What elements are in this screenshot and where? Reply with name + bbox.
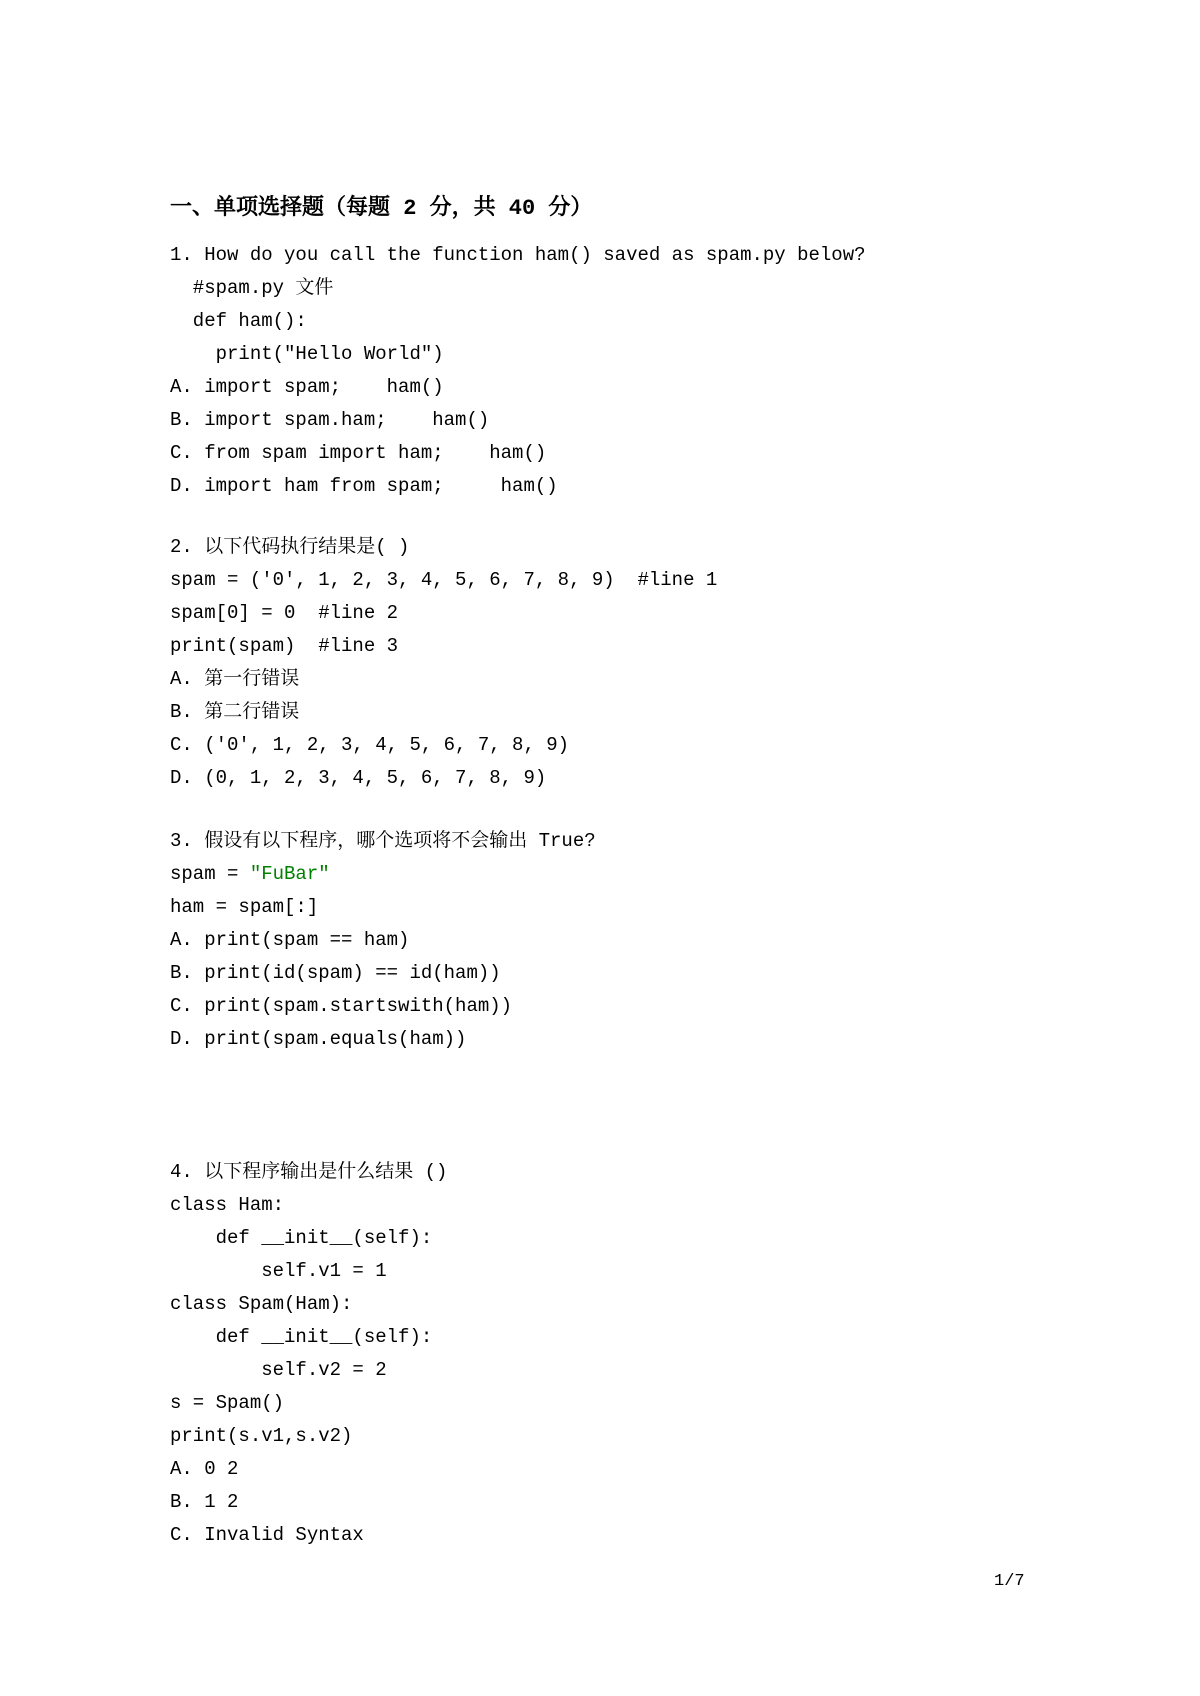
- question-4-code-line-6: self.v2 = 2: [170, 1354, 866, 1387]
- question-2-prompt: 2. 以下代码执行结果是( ): [170, 531, 866, 564]
- question-4-prompt: 4. 以下程序输出是什么结果 (): [170, 1156, 866, 1189]
- question-2-option-b: B. 第二行错误: [170, 696, 866, 729]
- question-2-code-line-1: spam = ('0', 1, 2, 3, 4, 5, 6, 7, 8, 9) …: [170, 564, 866, 597]
- question-1-code-line-1: #spam.py 文件: [170, 272, 866, 305]
- question-1-option-a: A. import spam; ham(): [170, 371, 866, 404]
- question-3-option-c: C. print(spam.startswith(ham)): [170, 990, 866, 1023]
- question-3-code-line-1-prefix: spam =: [170, 863, 250, 885]
- question-1-prompt: 1. How do you call the function ham() sa…: [170, 239, 866, 272]
- question-4-code-line-4: class Spam(Ham):: [170, 1288, 866, 1321]
- question-4-code-line-2: def __init__(self):: [170, 1222, 866, 1255]
- page-number: 1/7: [994, 1572, 1025, 1592]
- question-3-code-line-1: spam = "FuBar": [170, 858, 866, 891]
- question-3-option-d: D. print(spam.equals(ham)): [170, 1023, 866, 1056]
- question-2-code-line-3: print(spam) #line 3: [170, 630, 866, 663]
- question-2-option-a: A. 第一行错误: [170, 663, 866, 696]
- question-3-code-line-2: ham = spam[:]: [170, 891, 866, 924]
- question-1-code-line-3: print("Hello World"): [170, 338, 866, 371]
- question-4-option-c: C. Invalid Syntax: [170, 1519, 866, 1552]
- question-1: 1. How do you call the function ham() sa…: [170, 239, 866, 503]
- question-4-code-line-3: self.v1 = 1: [170, 1255, 866, 1288]
- question-2-option-d: D. (0, 1, 2, 3, 4, 5, 6, 7, 8, 9): [170, 762, 866, 795]
- question-4-code-line-1: class Ham:: [170, 1189, 866, 1222]
- question-4-option-b: B. 1 2: [170, 1486, 866, 1519]
- question-3-string-literal: "FuBar": [250, 863, 330, 885]
- question-3-prompt: 3. 假设有以下程序，哪个选项将不会输出 True?: [170, 825, 866, 858]
- section-title: 一、单项选择题（每题 2 分，共 40 分）: [170, 192, 866, 225]
- question-4: 4. 以下程序输出是什么结果 () class Ham: def __init_…: [170, 1156, 866, 1552]
- question-3: 3. 假设有以下程序，哪个选项将不会输出 True? spam = "FuBar…: [170, 825, 866, 1056]
- question-1-option-c: C. from spam import ham; ham(): [170, 437, 866, 470]
- question-3-option-b: B. print(id(spam) == id(ham)): [170, 957, 866, 990]
- question-2: 2. 以下代码执行结果是( ) spam = ('0', 1, 2, 3, 4,…: [170, 531, 866, 795]
- question-4-code-line-7: s = Spam(): [170, 1387, 866, 1420]
- question-4-code-line-5: def __init__(self):: [170, 1321, 866, 1354]
- question-1-option-b: B. import spam.ham; ham(): [170, 404, 866, 437]
- question-2-option-c: C. ('0', 1, 2, 3, 4, 5, 6, 7, 8, 9): [170, 729, 866, 762]
- question-2-code-line-2: spam[0] = 0 #line 2: [170, 597, 866, 630]
- exam-page-content: 一、单项选择题（每题 2 分，共 40 分） 1. How do you cal…: [170, 177, 866, 1552]
- question-1-option-d: D. import ham from spam; ham(): [170, 470, 866, 503]
- question-1-code-line-2: def ham():: [170, 305, 866, 338]
- question-4-code-line-8: print(s.v1,s.v2): [170, 1420, 866, 1453]
- question-4-option-a: A. 0 2: [170, 1453, 866, 1486]
- question-3-option-a: A. print(spam == ham): [170, 924, 866, 957]
